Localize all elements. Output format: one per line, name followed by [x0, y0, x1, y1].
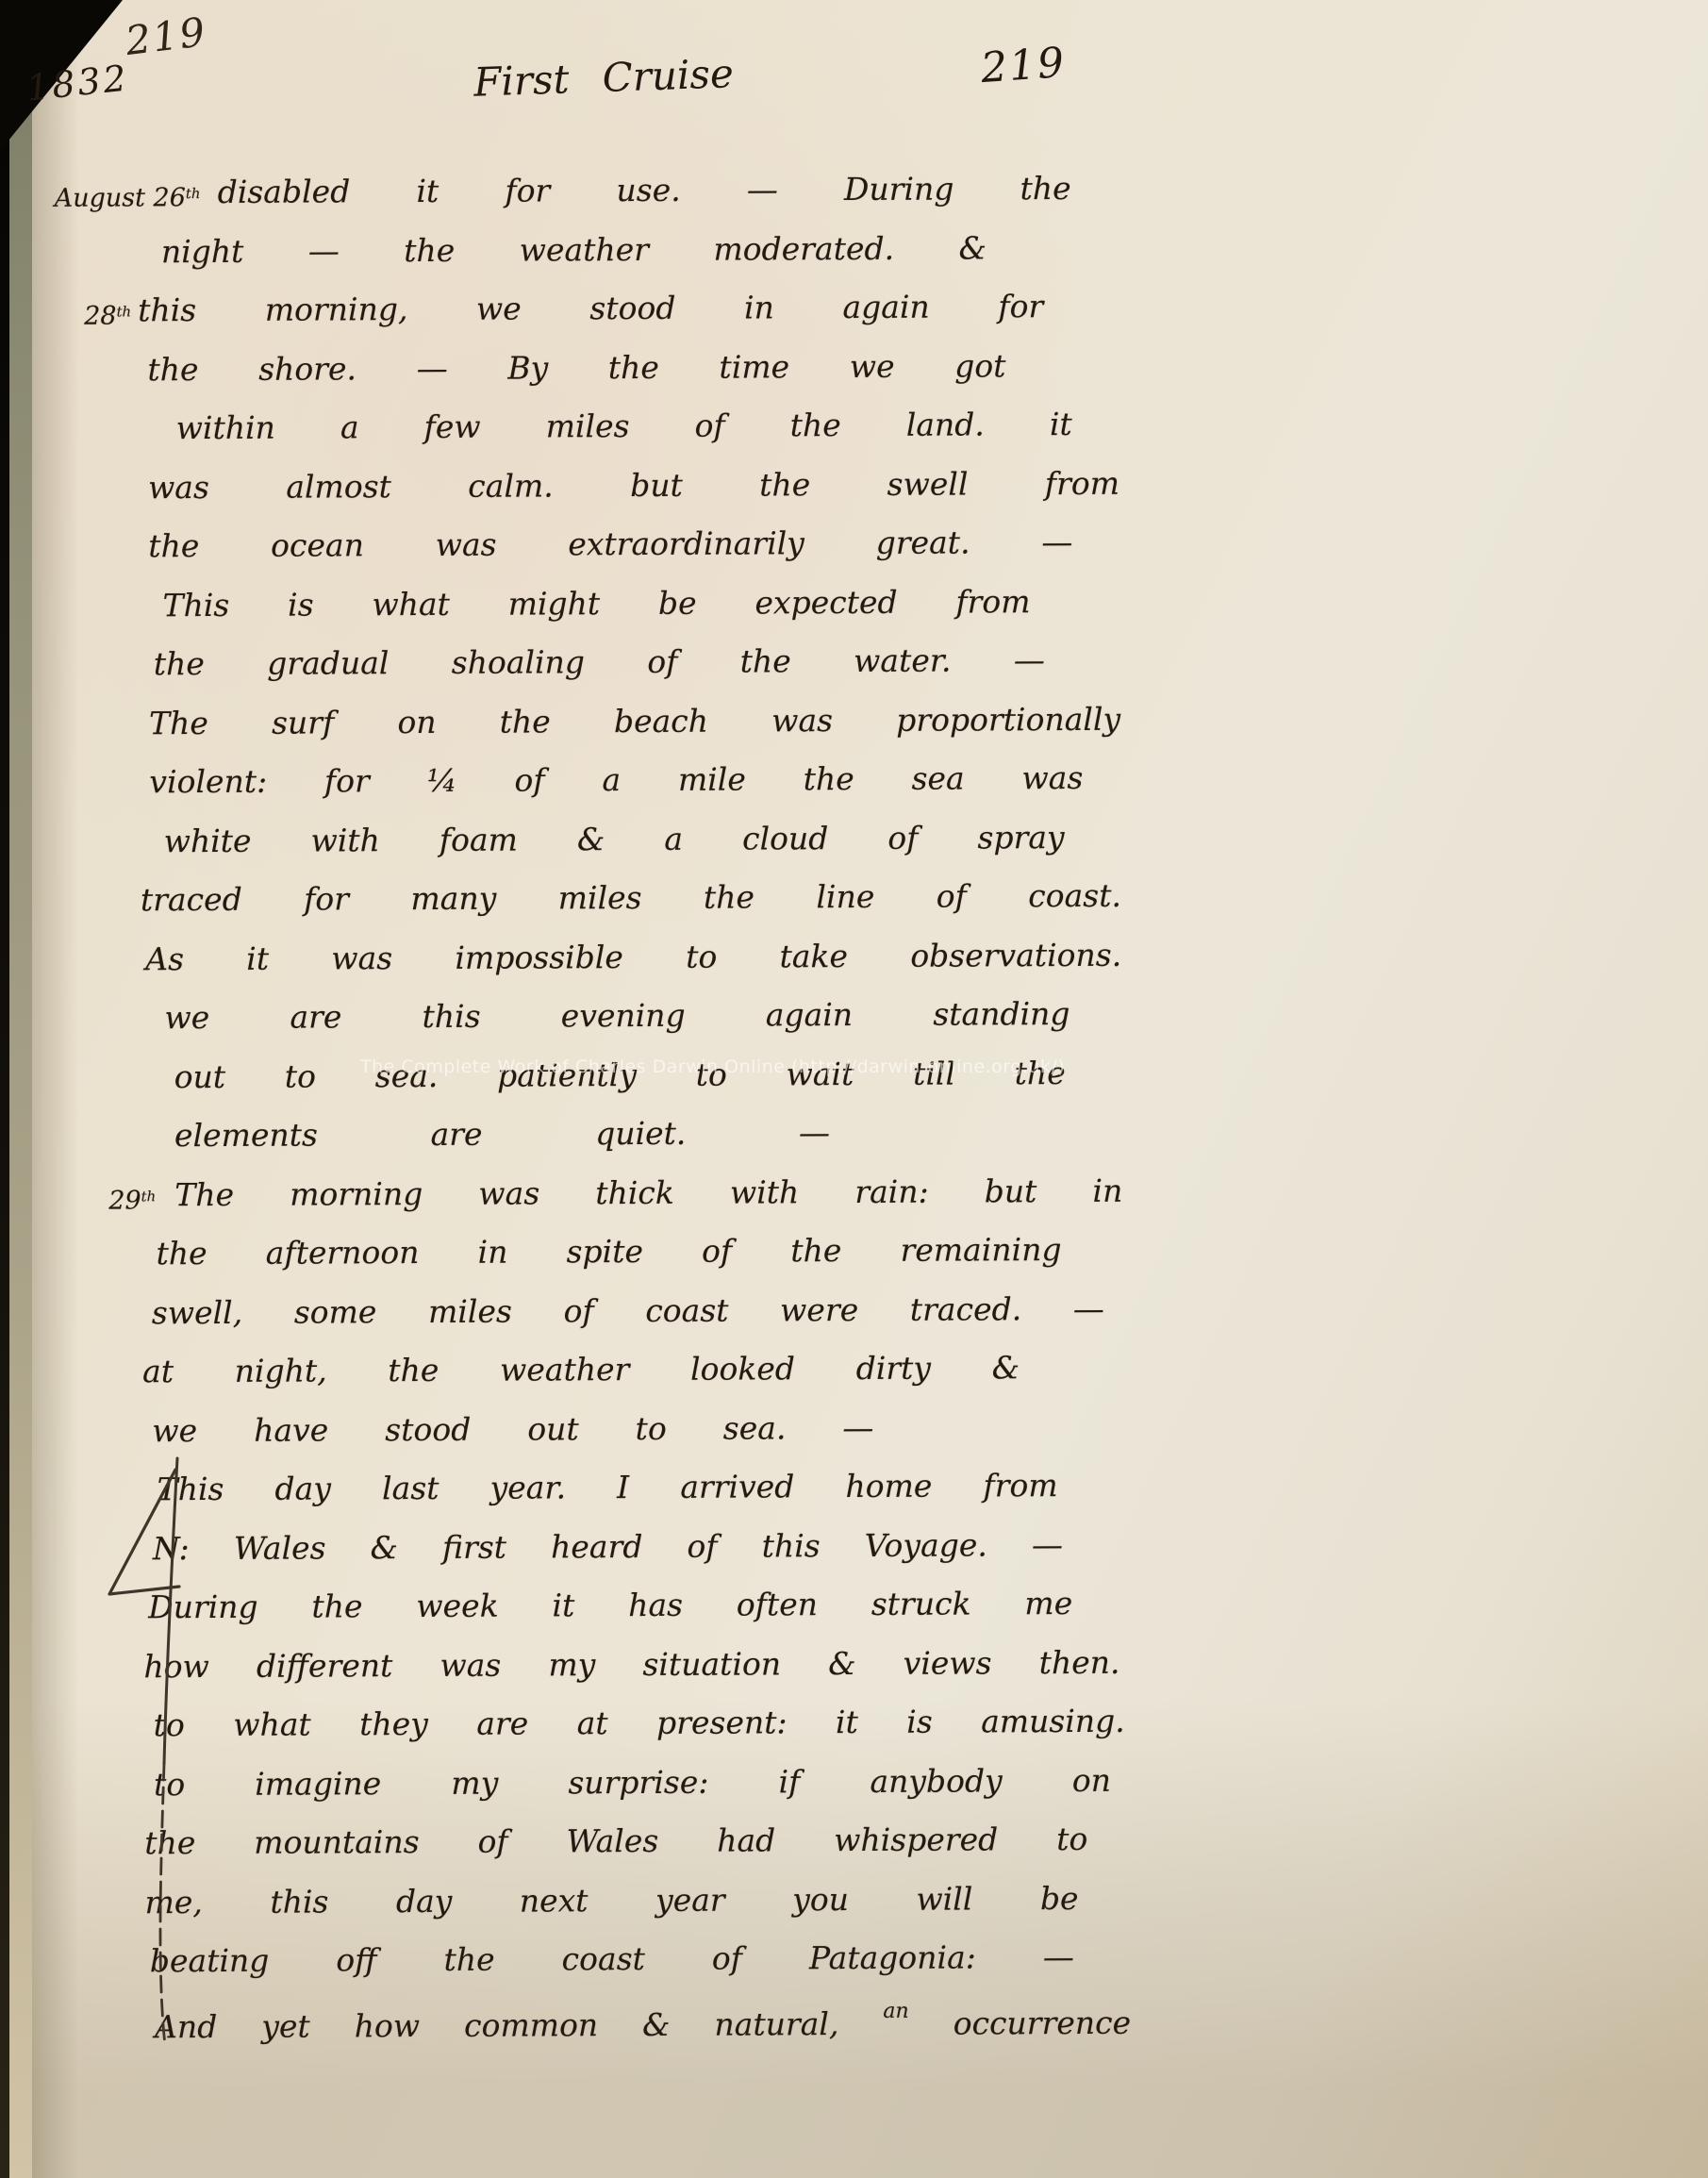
handwritten-text: we have stood out to sea. — — [152, 1397, 873, 1459]
manuscript-line: the gradual shoaling of the water. — — [140, 630, 1139, 694]
handwritten-text: traced for many miles the line of coast. — [141, 866, 1121, 930]
manuscript-photo: 219 1832 First Cruise 219 August 26thdis… — [0, 0, 1708, 2178]
manuscript-line: traced for many miles the line of coast. — [141, 866, 1140, 930]
handwritten-text: And yet how common & natural, an occurre… — [155, 1986, 1131, 2056]
binding-edge — [0, 0, 9, 2178]
manuscript-line: to imagine my surprise: if anybody on — [144, 1750, 1144, 1814]
manuscript-line: me, this day next year you will be — [144, 1868, 1144, 1932]
manuscript-line: the shore. — By the time we got — [138, 335, 1137, 399]
handwritten-text: to what they are at present: it is amusi… — [154, 1691, 1125, 1754]
manuscript-line: violent: for ¼ of a mile the sea was — [140, 748, 1139, 812]
handwritten-text: N: Wales & first heard of this Voyage. — — [153, 1515, 1063, 1578]
handwritten-text: the afternoon in spite of the remaining — [156, 1220, 1061, 1283]
pencil-score-mark — [74, 1453, 206, 2056]
handwritten-text: beating off the coast of Patagonia: — — [150, 1927, 1074, 1990]
manuscript-lines: August 26thdisabled it for use. — During… — [138, 158, 1146, 2106]
manuscript-line: white with foam & a cloud of spray — [141, 806, 1140, 871]
handwritten-text: elements are quiet. — — [174, 1103, 830, 1165]
inserted-word: an — [883, 1981, 909, 2040]
page-title: First Cruise — [428, 49, 778, 108]
handwritten-text: This day last year. I arrived home from — [158, 1455, 1058, 1519]
page-gutter-edge — [9, 0, 32, 2178]
handwritten-text: we are this evening again standing — [164, 984, 1070, 1047]
manuscript-line: N: Wales & first heard of this Voyage. — — [143, 1514, 1143, 1578]
margin-date: August 26th — [55, 164, 201, 228]
margin-date: 28th — [84, 282, 131, 345]
handwritten-text: the gradual shoaling of the water. — — [154, 630, 1045, 693]
manuscript-line: within a few miles of the land. it — [139, 394, 1138, 458]
manuscript-line: elements are quiet. — — [141, 1102, 1141, 1166]
gutter-shadow — [32, 0, 79, 2178]
manuscript-line: we are this evening again standing — [141, 984, 1140, 1048]
manuscript-line: 29thThe morning was thick with rain: but… — [141, 1160, 1141, 1224]
handwritten-text: how different was my situation & views t… — [143, 1632, 1119, 1696]
manuscript-line: The surf on the beach was proportionally — [140, 689, 1139, 753]
handwritten-text: within a few miles of the land. it — [176, 394, 1072, 457]
manuscript-line: swell, some miles of coast were traced. … — [142, 1278, 1142, 1342]
manuscript-line: During the week it has often struck me — [143, 1573, 1143, 1638]
handwritten-text: This is what might be expected from — [162, 572, 1030, 635]
manuscript-line: night — the weather moderated. & — [138, 217, 1137, 281]
page-number-pencil: 219 — [123, 8, 209, 64]
manuscript-line: how different was my situation & views t… — [143, 1632, 1143, 1696]
handwritten-text: night — the weather moderated. & — [161, 218, 987, 281]
handwritten-text: The morning was thick with rain: but in — [174, 1160, 1122, 1223]
manuscript-line: This is what might be expected from — [139, 571, 1138, 635]
manuscript-line: the afternoon in spite of the remaining — [141, 1220, 1141, 1284]
handwritten-text-part: And yet how common & natural, — [155, 2005, 838, 2045]
handwritten-text: disabled it for use. — During the — [218, 158, 1071, 222]
handwritten-text: was almost calm. but the swell from — [148, 453, 1119, 516]
manuscript-line: we have stood out to sea. — — [142, 1396, 1142, 1460]
manuscript-line: And yet how common & natural, an occurre… — [145, 1986, 1145, 2050]
handwritten-text: the shore. — By the time we got — [147, 336, 1005, 399]
manuscript-line: August 26thdisabled it for use. — During… — [138, 158, 1137, 223]
manuscript-line: This day last year. I arrived home from — [143, 1455, 1143, 1520]
manuscript-line: at night, the weather looked dirty & — [142, 1338, 1142, 1402]
manuscript-line: to what they are at present: it is amusi… — [144, 1691, 1144, 1755]
handwritten-text: During the week it has often struck me — [148, 1573, 1072, 1637]
handwritten-text: the mountains of Wales had whispered to — [144, 1809, 1087, 1872]
manuscript-line: beating off the coast of Patagonia: — — [145, 1927, 1145, 1991]
handwritten-text: The surf on the beach was proportionally — [149, 689, 1120, 752]
handwritten-text: white with foam & a cloud of spray — [164, 807, 1065, 871]
darwin-online-watermark: The Complete Work of Charles Darwin Onli… — [360, 1056, 1190, 1077]
handwritten-text: As it was impossible to take observation… — [145, 924, 1121, 989]
handwritten-text: this morning, we stood in again for — [138, 276, 1043, 340]
handwritten-text: violent: for ¼ of a mile the sea was — [149, 748, 1083, 811]
manuscript-line: was almost calm. but the swell from — [139, 453, 1138, 517]
manuscript-line: As it was impossible to take observation… — [141, 924, 1140, 989]
page-number: 219 — [979, 39, 1067, 92]
manuscript-line: the ocean was extraordinarily great. — — [139, 512, 1138, 576]
handwritten-text: at night, the weather looked dirty & — [142, 1338, 1020, 1401]
manuscript-line: 28ththis morning, we stood in again for — [138, 276, 1137, 341]
handwritten-text: me, this day next year you will be — [144, 1868, 1078, 1931]
margin-date: 29th — [108, 1167, 156, 1230]
handwritten-text: to imagine my surprise: if anybody on — [154, 1750, 1111, 1813]
manuscript-line: the mountains of Wales had whispered to — [144, 1809, 1144, 1873]
handwritten-text: the ocean was extraordinarily great. — — [148, 512, 1072, 575]
handwritten-text-part: occurrence — [953, 2003, 1132, 2041]
handwritten-text: swell, some miles of coast were traced. … — [152, 1278, 1104, 1341]
